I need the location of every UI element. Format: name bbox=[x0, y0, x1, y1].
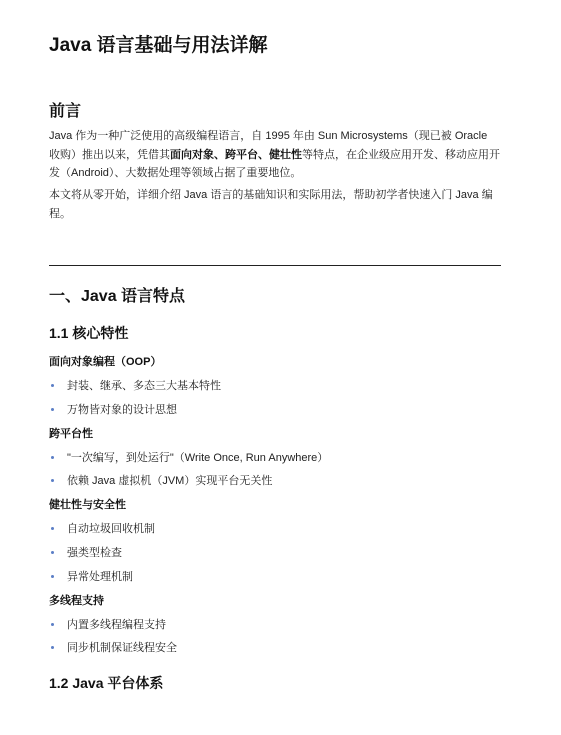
bold-separator: 、 bbox=[214, 149, 225, 161]
bold-separator: 、 bbox=[258, 149, 269, 161]
bullet-icon bbox=[51, 456, 54, 459]
list-item: 封装、继承、多态三大基本特性 bbox=[49, 377, 221, 393]
list-item-text: 异常处理机制 bbox=[67, 568, 133, 584]
group-label-cross-platform: 跨平台性 bbox=[49, 425, 93, 441]
bullet-icon bbox=[51, 384, 54, 387]
list-item: 同步机制保证线程安全 bbox=[49, 639, 177, 655]
list-item: 万物皆对象的设计思想 bbox=[49, 401, 177, 417]
subsection-1-2-heading: 1.2 Java 平台体系 bbox=[49, 673, 163, 693]
preface-heading: 前言 bbox=[49, 98, 81, 121]
list-item-text: 依赖 Java 虚拟机（JVM）实现平台无关性 bbox=[67, 472, 272, 488]
bold-term-robustness: 健壮性 bbox=[269, 149, 302, 161]
group-label-oop: 面向对象编程（OOP） bbox=[49, 353, 161, 369]
bullet-icon bbox=[51, 551, 54, 554]
list-item: "一次编写，到处运行"（Write Once, Run Anywhere） bbox=[49, 449, 328, 465]
section-1-heading: 一、Java 语言特点 bbox=[49, 283, 185, 306]
list-item-text: 万物皆对象的设计思想 bbox=[67, 401, 177, 417]
list-item-text: "一次编写，到处运行"（Write Once, Run Anywhere） bbox=[67, 449, 328, 465]
group-label-robustness: 健壮性与安全性 bbox=[49, 496, 126, 512]
list-item: 自动垃圾回收机制 bbox=[49, 520, 155, 536]
list-item: 内置多线程编程支持 bbox=[49, 616, 166, 632]
list-item: 强类型检查 bbox=[49, 544, 122, 560]
bullet-icon bbox=[51, 646, 54, 649]
subsection-1-1-heading: 1.1 核心特性 bbox=[49, 323, 128, 343]
document-title: Java 语言基础与用法详解 bbox=[49, 30, 268, 57]
bullet-icon bbox=[51, 527, 54, 530]
bullet-icon bbox=[51, 623, 54, 626]
preface-paragraph-2: 本文将从零开始，详细介绍 Java 语言的基础知识和实际用法，帮助初学者快速入门… bbox=[49, 186, 501, 223]
bold-term-oop: 面向对象 bbox=[170, 149, 214, 161]
list-item-text: 自动垃圾回收机制 bbox=[67, 520, 155, 536]
list-item-text: 封装、继承、多态三大基本特性 bbox=[67, 377, 221, 393]
list-item: 依赖 Java 虚拟机（JVM）实现平台无关性 bbox=[49, 472, 272, 488]
list-item-text: 强类型检查 bbox=[67, 544, 122, 560]
bold-term-cross-platform: 跨平台 bbox=[225, 149, 258, 161]
bullet-icon bbox=[51, 575, 54, 578]
list-item-text: 同步机制保证线程安全 bbox=[67, 639, 177, 655]
list-item: 异常处理机制 bbox=[49, 568, 133, 584]
list-item-text: 内置多线程编程支持 bbox=[67, 616, 166, 632]
bullet-icon bbox=[51, 408, 54, 411]
horizontal-rule bbox=[49, 265, 501, 266]
preface-paragraph-1: Java 作为一种广泛使用的高级编程语言，自 1995 年由 Sun Micro… bbox=[49, 127, 501, 183]
group-label-multithreading: 多线程支持 bbox=[49, 592, 104, 608]
bullet-icon bbox=[51, 479, 54, 482]
